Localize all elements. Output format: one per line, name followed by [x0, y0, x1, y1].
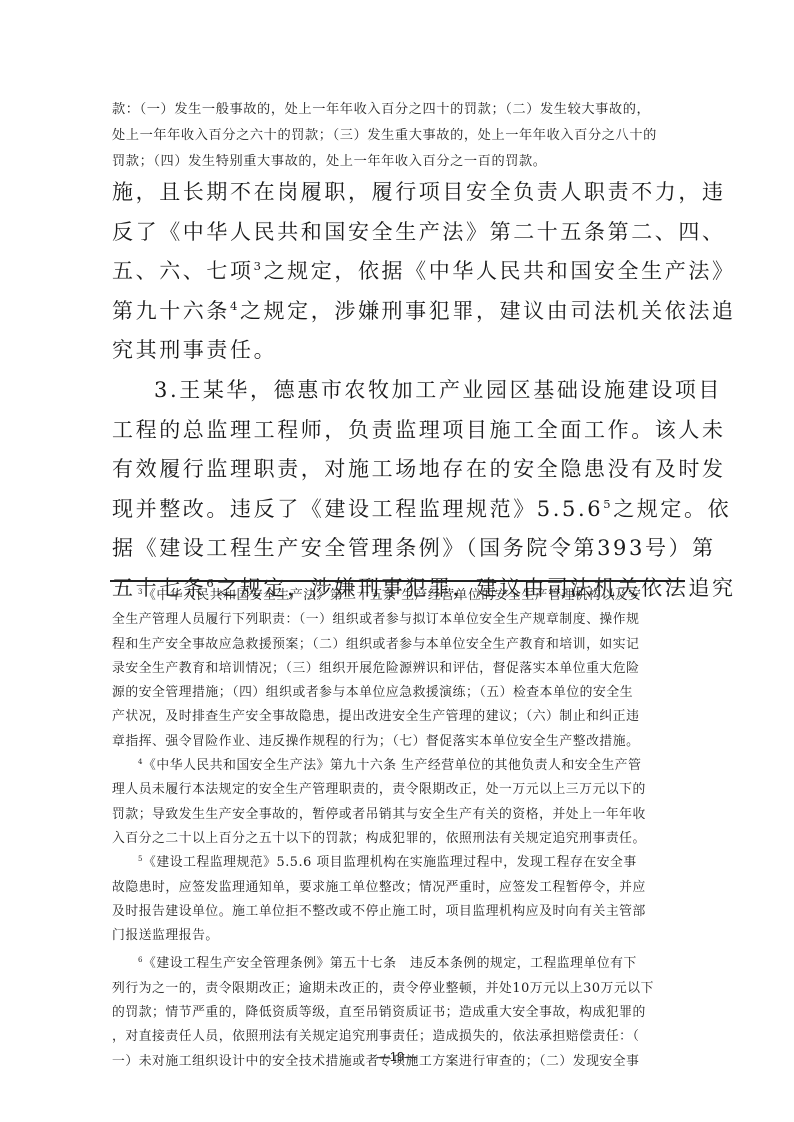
text-line: 款：（一）发生一般事故的，处上一年年收入百分之四十的罚款；（二）发生较大事故的，	[112, 97, 684, 123]
text-segment: 之规定。依	[613, 497, 731, 521]
footnote-separator	[110, 580, 685, 582]
text-line: 录安全生产教育和培训情况；（三）组织开展危险源辨识和评估，督促落实本单位重大危险	[112, 657, 687, 681]
text-segment: 现并整改。违反了《建设工程监理规范》5.5.6	[112, 497, 603, 521]
body-paragraph-2: 3.王某华，德惠市农牧加工产业园区基础设施建设项目 工程的总监理工程师，负责监理…	[112, 371, 688, 608]
text-line: 及时报告建设单位。施工单位拒不整改或不停止施工时，项目监理机构应及时向有关主管部	[112, 900, 687, 924]
text-line: 入百分之二十以上百分之五十以下的罚款；构成犯罪的，依照刑法有关规定追究刑事责任。	[112, 827, 687, 851]
text-line: 究其刑事责任。	[112, 331, 688, 371]
text-line: 5《建设工程监理规范》5.5.6 项目监理机构在实施监理过程中，发现工程存在安全…	[112, 851, 687, 875]
text-line: 的罚款；情节严重的，降低资质等级，直至吊销资质证书；造成重大安全事故，构成犯罪的	[112, 1001, 687, 1025]
text-segment: 五、六、七项	[112, 259, 254, 283]
text-line: 据《建设工程生产安全管理条例》（国务院令第393号）第	[112, 529, 688, 569]
footnote-5: 5《建设工程监理规范》5.5.6 项目监理机构在实施监理过程中，发现工程存在安全…	[112, 851, 687, 948]
text-line: 故隐患时，应签发监理通知单，要求施工单位整改；情况严重时，应签发工程暂停令，并应	[112, 876, 687, 900]
text-line: 全生产管理人员履行下列职责：（一）组织或者参与拟订本单位安全生产规章制度、操作规	[112, 608, 687, 632]
footnotes: 3《中华人民共和国安全生产法》第二十五条 生产经营单位的安全生产管理机构以及安 …	[112, 584, 687, 1074]
footnote-ref-3[interactable]: 3	[254, 259, 264, 273]
text-line: 反了《中华人民共和国安全生产法》第二十五条第二、四、	[112, 213, 688, 253]
page-number: —19—	[0, 1049, 794, 1064]
text-line: 罚款；导致发生生产安全事故的，暂停或者吊销其与安全生产有关的资格，并处上一年年收	[112, 803, 687, 827]
text-line: 有效履行监理职责，对施工场地存在的安全隐患没有及时发	[112, 450, 688, 490]
text-line: 工程的总监理工程师，负责监理项目施工全面工作。该人未	[112, 411, 688, 451]
footnote-4: 4《中华人民共和国安全生产法》第九十六条 生产经营单位的其他负责人和安全生产管 …	[112, 754, 687, 851]
text-line: 3.王某华，德惠市农牧加工产业园区基础设施建设项目	[112, 371, 688, 411]
footnote-3: 3《中华人民共和国安全生产法》第二十五条 生产经营单位的安全生产管理机构以及安 …	[112, 584, 687, 754]
text-line: 3《中华人民共和国安全生产法》第二十五条 生产经营单位的安全生产管理机构以及安	[112, 584, 687, 608]
text-segment: 《中华人民共和国安全生产法》第二十五条 生产经营单位的安全生产管理机构以及安	[143, 588, 641, 603]
text-line: 4《中华人民共和国安全生产法》第九十六条 生产经营单位的其他负责人和安全生产管	[112, 754, 687, 778]
text-segment: 《建设工程生产安全管理条例》第五十七条 违反本条例的规定，工程监理单位有下	[143, 956, 637, 971]
text-segment: 之规定，依据《中华人民共和国安全生产法》	[264, 259, 736, 283]
text-line: 五、六、七项3之规定，依据《中华人民共和国安全生产法》	[112, 252, 688, 292]
document-page: 款：（一）发生一般事故的，处上一年年收入百分之四十的罚款；（二）发生较大事故的，…	[0, 0, 794, 1122]
text-line: 列行为之一的，责令限期改正；逾期未改正的，责令停业整顿，并处10万元以上30万元…	[112, 977, 687, 1001]
text-line: 施，且长期不在岗履职，履行项目安全负责人职责不力，违	[112, 173, 688, 213]
text-line: 第九十六条4之规定，涉嫌刑事犯罪，建议由司法机关依法追	[112, 292, 688, 332]
text-line: 6《建设工程生产安全管理条例》第五十七条 违反本条例的规定，工程监理单位有下	[112, 952, 687, 976]
text-line: 罚款；（四）发生特别重大事故的，处上一年年收入百分之一百的罚款。	[112, 149, 684, 175]
body-paragraph-1: 施，且长期不在岗履职，履行项目安全负责人职责不力，违 反了《中华人民共和国安全生…	[112, 173, 688, 371]
footnote-ref-5[interactable]: 5	[603, 496, 613, 510]
text-line: 处上一年年收入百分之六十的罚款；（三）发生重大事故的，处上一年年收入百分之八十的	[112, 123, 684, 149]
top-footnote-continuation: 款：（一）发生一般事故的，处上一年年收入百分之四十的罚款；（二）发生较大事故的，…	[112, 97, 684, 175]
text-segment: 第九十六条	[112, 299, 230, 323]
text-line: 现并整改。违反了《建设工程监理规范》5.5.65之规定。依	[112, 490, 688, 530]
text-segment: 之规定，涉嫌刑事犯罪，建议由司法机关依法追	[240, 299, 736, 323]
text-line: 门报送监理报告。	[112, 924, 687, 948]
text-line: ，对直接责任人员，依照刑法有关规定追究刑事责任；造成损失的，依法承担赔偿责任：（	[112, 1025, 687, 1049]
text-line: 程和生产安全事故应急救援预案；（二）组织或者参与本单位安全生产教育和培训，如实记	[112, 633, 687, 657]
text-line: 产状况，及时排查生产安全事故隐患，提出改进安全生产管理的建议；（六）制止和纠正违	[112, 705, 687, 729]
text-line: 理人员未履行本法规定的安全生产管理职责的，责令限期改正，处一万元以上三万元以下的	[112, 778, 687, 802]
text-segment: 《中华人民共和国安全生产法》第九十六条 生产经营单位的其他负责人和安全生产管	[143, 758, 641, 773]
text-segment: 《建设工程监理规范》5.5.6 项目监理机构在实施监理过程中，发现工程存在安全事	[143, 855, 637, 870]
text-line: 章指挥、强令冒险作业、违反操作规程的行为；（七）督促落实本单位安全生产整改措施。	[112, 730, 687, 754]
text-line: 源的安全管理措施；（四）组织或者参与本单位应急救援演练；（五）检查本单位的安全生	[112, 681, 687, 705]
footnote-ref-4[interactable]: 4	[230, 298, 240, 312]
